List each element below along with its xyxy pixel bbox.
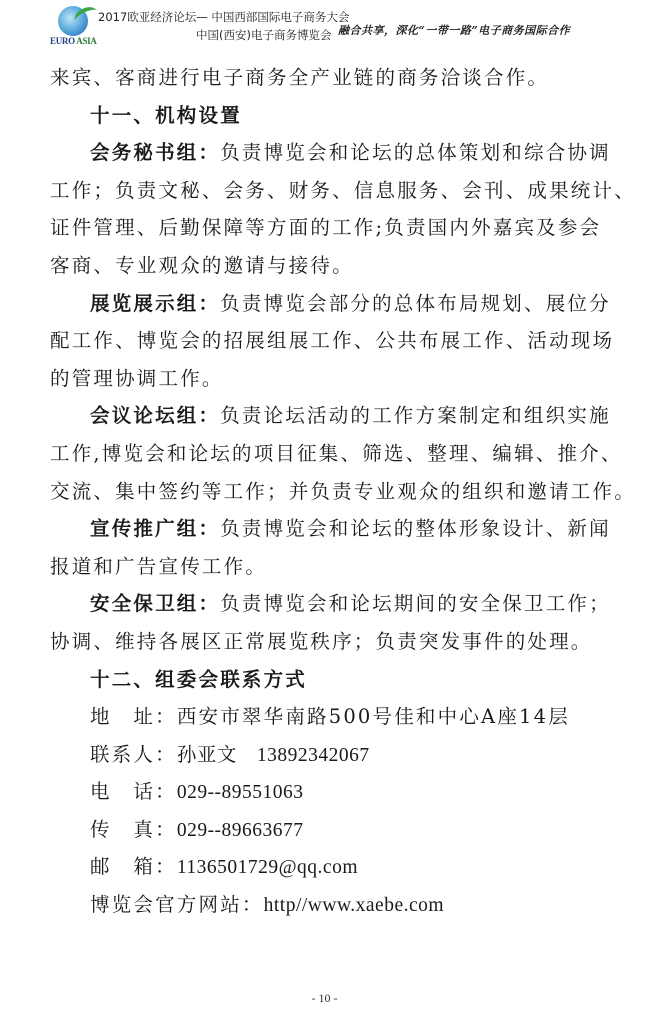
section-heading-11: 十一、机构设置	[50, 97, 605, 135]
contact-value: http//www.xaebe.com	[264, 895, 444, 916]
header-expo-title: 中国(西安)电子商务博览会	[196, 27, 331, 43]
group-paragraph: 展览展示组：负责博览会部分的总体布局规划、展位分	[50, 285, 605, 323]
group-name: 宣传推广组：	[90, 517, 220, 540]
contact-label: 地 址：	[90, 705, 177, 728]
paragraph-line: 工作,博览会和论坛的项目征集、筛选、整理、编辑、推介、	[50, 435, 605, 473]
contact-phone: 电 话：029--89551063	[50, 773, 605, 811]
paragraph-line: 的管理协调工作。	[50, 360, 605, 398]
contact-value: 1136501729@qq.com	[177, 857, 358, 878]
contact-label: 博览会官方网站：	[90, 893, 264, 916]
paragraph-line: 交流、集中签约等工作；并负责专业观众的组织和邀请工作。	[50, 473, 605, 511]
section-heading-12: 十二、组委会联系方式	[50, 661, 605, 699]
group-name: 会议论坛组：	[90, 404, 220, 427]
paragraph-line: 客商、专业观众的邀请与接待。	[50, 247, 605, 285]
contact-label: 邮 箱：	[90, 855, 177, 878]
header-event-title: 2017欧亚经济论坛— 中国西部国际电子商务大会	[98, 9, 349, 25]
paragraph-line: 证件管理、后勤保障等方面的工作;负责国内外嘉宾及参会	[50, 209, 605, 247]
contact-value: 029--89551063	[177, 782, 304, 803]
group-paragraph: 会务秘书组：负责博览会和论坛的总体策划和综合协调	[50, 134, 605, 172]
contact-person: 联系人：孙亚文 13892342067	[50, 736, 605, 774]
paragraph-line: 来宾、客商进行电子商务全产业链的商务洽谈合作。	[50, 59, 605, 97]
contact-value: 西安市翠华南路500号佳和中心A座14层	[177, 705, 570, 728]
group-paragraph: 安全保卫组：负责博览会和论坛期间的安全保卫工作；	[50, 585, 605, 623]
paragraph-line: 配工作、博览会的招展组展工作、公共布展工作、活动现场	[50, 322, 605, 360]
euro-asia-logo: EURO ASIA	[50, 6, 96, 48]
group-paragraph: 会议论坛组：负责论坛活动的工作方案制定和组织实施	[50, 397, 605, 435]
header-slogan: 融合共享，深化“一带一路”电子商务国际合作	[338, 22, 570, 38]
document-body: 来宾、客商进行电子商务全产业链的商务洽谈合作。 十一、机构设置 会务秘书组：负责…	[50, 59, 605, 924]
page-number: - 10 -	[0, 991, 649, 1006]
contact-label: 联系人：	[90, 743, 177, 766]
group-paragraph: 宣传推广组：负责博览会和论坛的整体形象设计、新闻	[50, 510, 605, 548]
contact-website: 博览会官方网站：http//www.xaebe.com	[50, 886, 605, 924]
group-name: 会务秘书组：	[90, 141, 220, 164]
logo-wordmark: EURO ASIA	[50, 36, 97, 46]
contact-label: 传 真：	[90, 818, 177, 841]
contact-fax: 传 真：029--89663677	[50, 811, 605, 849]
group-name: 安全保卫组：	[90, 592, 220, 615]
contact-email: 邮 箱：1136501729@qq.com	[50, 848, 605, 886]
paragraph-line: 工作；负责文秘、会务、财务、信息服务、会刊、成果统计、	[50, 172, 605, 210]
contact-address: 地 址：西安市翠华南路500号佳和中心A座14层	[50, 698, 605, 736]
contact-value: 孙亚文 13892342067	[177, 745, 370, 766]
paragraph-line: 协调、维持各展区正常展览秩序；负责突发事件的处理。	[50, 623, 605, 661]
page-header: EURO ASIA 2017欧亚经济论坛— 中国西部国际电子商务大会 中国(西安…	[0, 0, 649, 52]
contact-label: 电 话：	[90, 780, 177, 803]
paragraph-line: 报道和广告宣传工作。	[50, 548, 605, 586]
contact-value: 029--89663677	[177, 820, 304, 841]
group-name: 展览展示组：	[90, 292, 220, 315]
